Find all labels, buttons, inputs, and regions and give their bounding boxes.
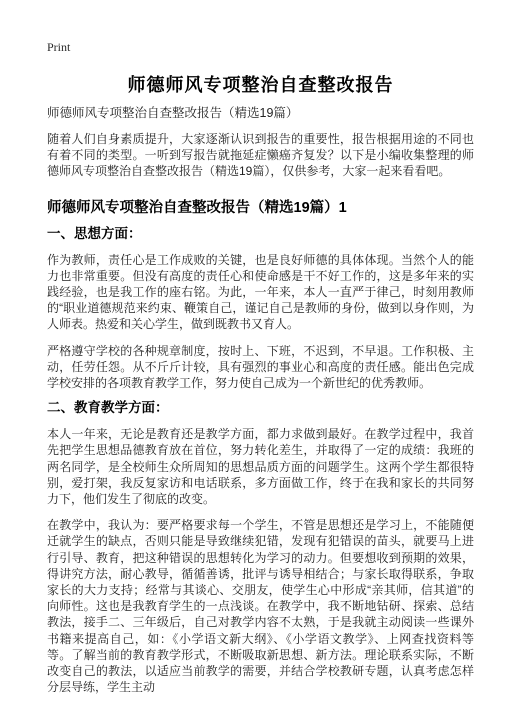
print-button[interactable]: Print — [47, 41, 70, 54]
section-2-teaching-heading: 二、教育教学方面： — [47, 400, 474, 416]
document-title: 师德师风专项整治自查整改报告 — [47, 73, 474, 97]
section-2-paragraph-2: 在教学中，我认为：要严格要求每一个学生，不管是思想还是学习上，不能随便迁就学生的… — [47, 517, 474, 695]
print-preview-page: Print 师德师风专项整治自查整改报告 师德师风专项整治自查整改报告（精选19… — [0, 0, 520, 718]
section-2-paragraph-1: 本人一年来，无论是教育还是教学方面，都力求做到最好。在教学过程中，我首先把学生思… — [47, 426, 474, 507]
report-1-heading: 师德师风专项整治自查整改报告（精选19篇）1 — [47, 200, 474, 217]
document-subtitle: 师德师风专项整治自查整改报告（精选19篇） — [47, 106, 474, 121]
section-1-thought-heading: 一、思想方面： — [47, 226, 474, 242]
section-1-paragraph-2: 严格遵守学校的各种规章制度，按时上、下班，不迟到，不早退。工作积极、主动，任劳任… — [47, 343, 474, 392]
intro-paragraph: 随着人们自身素质提升，大家逐渐认识到报告的重要性，报告根据用途的不同也有着不同的… — [47, 131, 474, 180]
section-1-paragraph-1: 作为教师，责任心是工作成败的关键，也是良好师德的具体体现。当然个人的能力也非常重… — [47, 252, 474, 333]
